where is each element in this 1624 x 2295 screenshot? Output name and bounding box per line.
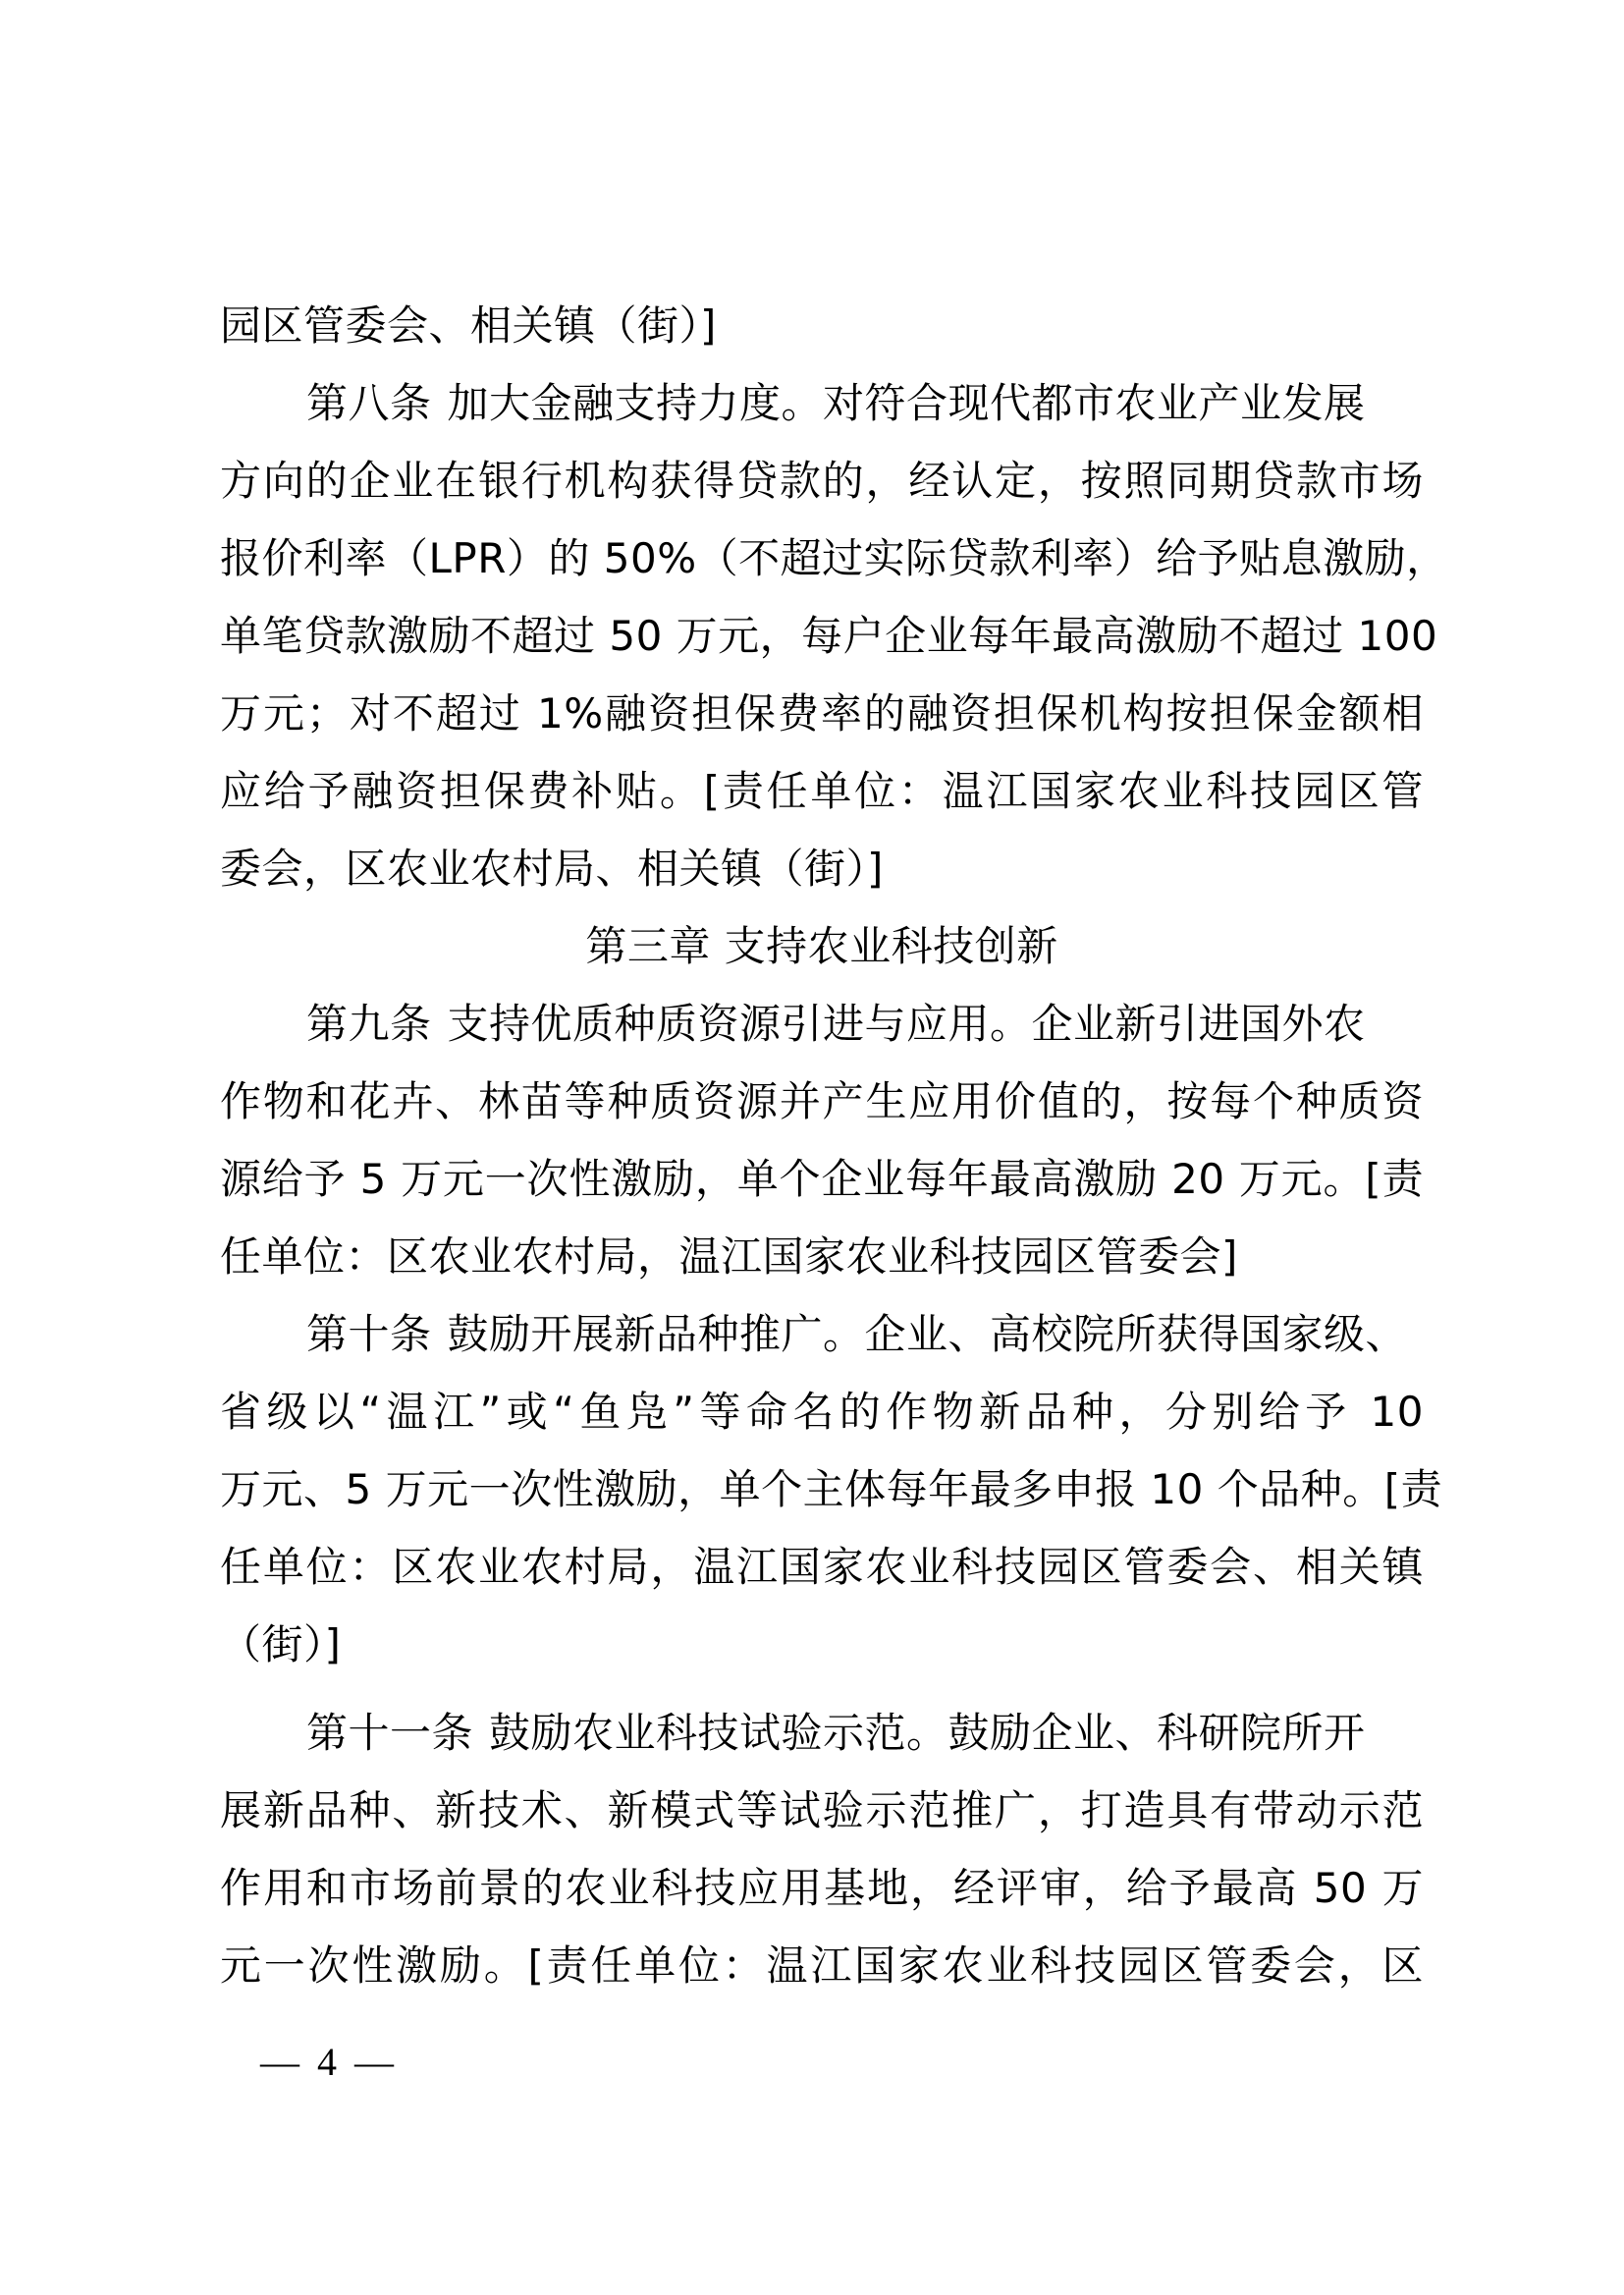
- article-label: 第九条: [306, 1000, 432, 1048]
- text-line: 元一次性激励。[责任单位：温江国家农业科技园区管委会，区: [220, 1935, 1424, 2012]
- text-line: 委会，区农业农村局、相关镇（街）]: [220, 838, 1424, 915]
- text-line: 作用和市场前景的农业科技应用基地，经评审，给予最高 50 万: [220, 1857, 1424, 1935]
- line-text: 鼓励开展新品种推广。企业、高校院所获得国家级、: [448, 1310, 1408, 1358]
- line-text: 加大金融支持力度。对符合现代都市农业产业发展: [448, 379, 1366, 427]
- text-line: 展新品种、新技术、新模式等试验示范推广，打造具有带动示范: [220, 1779, 1424, 1857]
- article-11-heading-line: 第十一条鼓励农业科技试验示范。鼓励企业、科研院所开: [220, 1702, 1424, 1779]
- text-line: 单笔贷款激励不超过 50 万元，每户企业每年最高激励不超过 100: [220, 605, 1424, 683]
- article-label: 第十条: [306, 1310, 432, 1358]
- line-text: 报价利率（LPR）的 50%（不超过实际贷款利率）给予贴息激励，: [220, 534, 1448, 582]
- line-text: 单笔贷款激励不超过 50 万元，每户企业每年最高激励不超过 100: [220, 612, 1437, 660]
- text-line: 报价利率（LPR）的 50%（不超过实际贷款利率）给予贴息激励，: [220, 527, 1424, 605]
- text-line: 源给予 5 万元一次性激励，单个企业每年最高激励 20 万元。[责: [220, 1148, 1424, 1226]
- text-line: 万元、5 万元一次性激励，单个主体每年最多申报 10 个品种。[责: [220, 1458, 1424, 1536]
- text-line: 任单位：区农业农村局，温江国家农业科技园区管委会]: [220, 1226, 1424, 1303]
- line-text: 任单位：区农业农村局，温江国家农业科技园区管委会、相关镇: [220, 1543, 1424, 1591]
- article-10-heading-line: 第十条鼓励开展新品种推广。企业、高校院所获得国家级、: [220, 1303, 1424, 1381]
- line-text: 展新品种、新技术、新模式等试验示范推广，打造具有带动示范: [220, 1786, 1424, 1834]
- article-label: 第十一条: [306, 1709, 473, 1757]
- line-text: （街）]: [220, 1620, 341, 1668]
- text-line: （街）]: [220, 1613, 1424, 1702]
- line-text: 万元、5 万元一次性激励，单个主体每年最多申报 10 个品种。[责: [220, 1465, 1442, 1513]
- text-line: 作物和花卉、林苗等种质资源并产生应用价值的，按每个种质资: [220, 1070, 1424, 1148]
- chapter-heading: 第三章 支持农业科技创新: [220, 915, 1424, 993]
- line-text: 作用和市场前景的农业科技应用基地，经评审，给予最高 50 万: [220, 1864, 1424, 1912]
- line-text: 鼓励农业科技试验示范。鼓励企业、科研院所开: [489, 1709, 1366, 1757]
- line-text: 方向的企业在银行机构获得贷款的，经认定，按照同期贷款市场: [220, 457, 1424, 505]
- text-line: 省级以“温江”或“鱼凫”等命名的作物新品种，分别给予 10: [220, 1381, 1424, 1458]
- line-text: 委会，区农业农村局、相关镇（街）]: [220, 845, 884, 893]
- text-line: 应给予融资担保费补贴。[责任单位：温江国家农业科技园区管: [220, 760, 1424, 838]
- article-label: 第八条: [306, 379, 432, 427]
- line-text: 万元；对不超过 1%融资担保费率的融资担保机构按担保金额相: [220, 689, 1424, 738]
- line-text: 任单位：区农业农村局，温江国家农业科技园区管委会]: [220, 1232, 1238, 1281]
- line-text: 作物和花卉、林苗等种质资源并产生应用价值的，按每个种质资: [220, 1077, 1424, 1125]
- document-page: 园区管委会、相关镇（街）] 第八条加大金融支持力度。对符合现代都市农业产业发展 …: [0, 0, 1624, 2295]
- text-line: 园区管委会、相关镇（街）]: [220, 295, 1424, 372]
- line-text: 支持优质种质资源引进与应用。企业新引进国外农: [448, 1000, 1366, 1048]
- chapter-title: 第三章 支持农业科技创新: [585, 922, 1057, 970]
- text-line: 任单位：区农业农村局，温江国家农业科技园区管委会、相关镇: [220, 1536, 1424, 1613]
- article-8-heading-line: 第八条加大金融支持力度。对符合现代都市农业产业发展: [220, 372, 1424, 450]
- line-text: 源给予 5 万元一次性激励，单个企业每年最高激励 20 万元。[责: [220, 1155, 1424, 1203]
- article-9-heading-line: 第九条支持优质种质资源引进与应用。企业新引进国外农: [220, 993, 1424, 1070]
- page-number: — 4 —: [260, 2038, 398, 2087]
- text-line: 万元；对不超过 1%融资担保费率的融资担保机构按担保金额相: [220, 683, 1424, 760]
- line-text: 园区管委会、相关镇（街）]: [220, 301, 717, 350]
- line-text: 元一次性激励。[责任单位：温江国家农业科技园区管委会，区: [220, 1941, 1424, 1990]
- text-line: 方向的企业在银行机构获得贷款的，经认定，按照同期贷款市场: [220, 450, 1424, 527]
- line-text: 省级以“温江”或“鱼凫”等命名的作物新品种，分别给予 10: [220, 1388, 1424, 1436]
- document-body: 园区管委会、相关镇（街）] 第八条加大金融支持力度。对符合现代都市农业产业发展 …: [220, 295, 1424, 2012]
- line-text: 应给予融资担保费补贴。[责任单位：温江国家农业科技园区管: [220, 767, 1424, 815]
